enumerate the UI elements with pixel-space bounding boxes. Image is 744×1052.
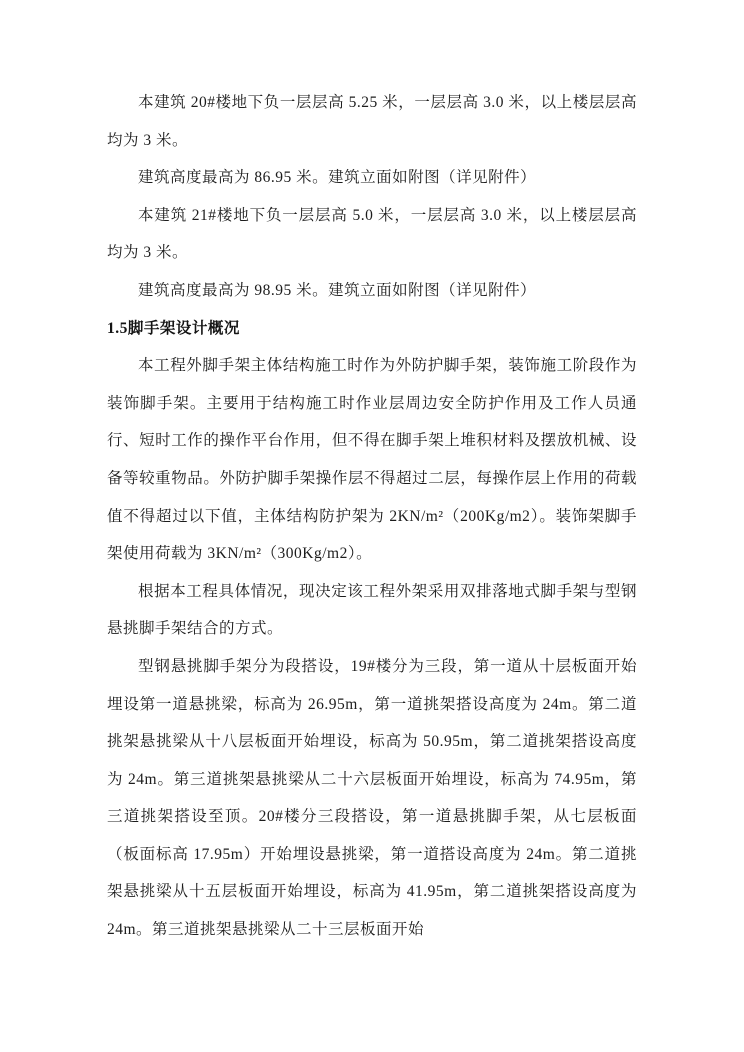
paragraph-building-20-floor-heights: 本建筑 20#楼地下负一层层高 5.25 米，一层层高 3.0 米，以上楼层层高… xyxy=(107,84,637,159)
paragraph-scaffold-scheme-decision: 根据本工程具体情况，现决定该工程外架采用双排落地式脚手架与型钢悬挑脚手架结合的方… xyxy=(107,573,637,648)
paragraph-building-20-max-height: 建筑高度最高为 86.95 米。建筑立面如附图（详见附件） xyxy=(107,159,637,197)
paragraph-scaffold-purpose-and-loads: 本工程外脚手架主体结构施工时作为外防护脚手架，装饰施工阶段作为装饰脚手架。主要用… xyxy=(107,347,637,573)
paragraph-building-21-max-height: 建筑高度最高为 98.95 米。建筑立面如附图（详见附件） xyxy=(107,272,637,310)
document-page: 本建筑 20#楼地下负一层层高 5.25 米，一层层高 3.0 米，以上楼层层高… xyxy=(0,0,744,1052)
paragraph-building-21-floor-heights: 本建筑 21#楼地下负一层层高 5.0 米，一层层高 3.0 米，以上楼层层高均… xyxy=(107,197,637,272)
paragraph-cantilever-scaffold-stages: 型钢悬挑脚手架分为段搭设，19#楼分为三段，第一道从十层板面开始埋设第一道悬挑梁… xyxy=(107,648,637,949)
section-heading-scaffold-design-overview: 1.5脚手架设计概况 xyxy=(107,310,637,348)
